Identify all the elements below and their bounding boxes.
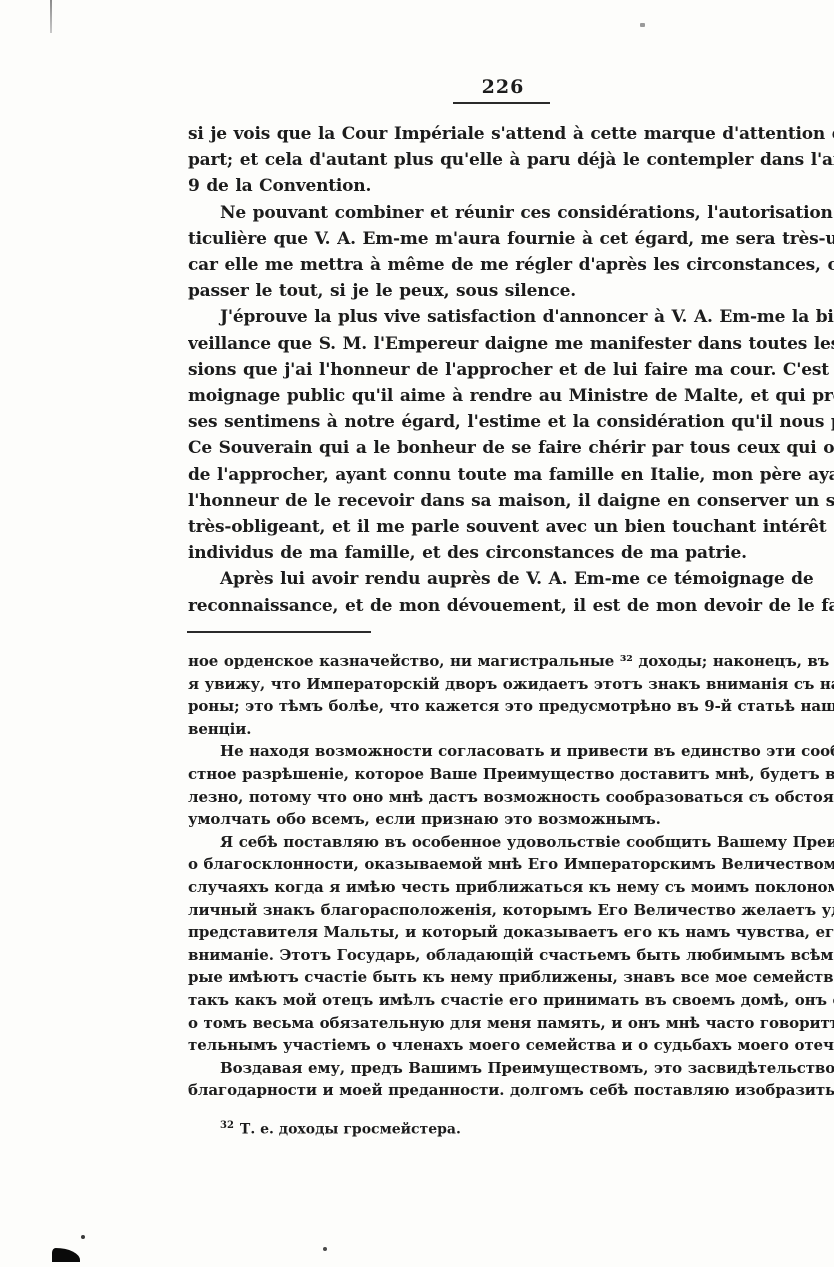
text-line: венціи. xyxy=(188,718,834,741)
text-line: Après lui avoir rendu auprès de V. A. Em… xyxy=(188,566,834,592)
text-line: ticulière que V. A. Em-me m'aura fournie… xyxy=(188,226,834,252)
footnote-marker: 32 xyxy=(220,1120,234,1131)
text-line: part; et cela d'autant plus qu'elle à pa… xyxy=(188,147,834,173)
scan-artifact-dot xyxy=(323,1247,327,1251)
text-line: вниманіе. Этотъ Государь, обладающій сча… xyxy=(188,944,834,967)
text-line: 9 de la Convention. xyxy=(188,173,834,199)
text-line: о томъ весьма обязательную для меня памя… xyxy=(188,1012,834,1035)
scan-artifact-speck xyxy=(640,23,645,27)
text-line: личный знакъ благорасположенія, которымъ… xyxy=(188,899,834,922)
text-line: moignage public qu'il aime à rendre au M… xyxy=(188,383,834,409)
text-line: si je vois que la Cour Impériale s'atten… xyxy=(188,121,834,147)
text-line: лезно, потому что оно мнѣ дастъ возможно… xyxy=(188,786,834,809)
text-line: Ne pouvant combiner et réunir ces consid… xyxy=(188,200,834,226)
french-text-block: si je vois que la Cour Impériale s'atten… xyxy=(188,121,834,627)
text-line: Воздавая ему, предъ Вашимъ Преимуществом… xyxy=(188,1057,834,1080)
text-line: ses sentimens à notre égard, l'estime et… xyxy=(188,409,834,435)
footnote-text: Т. е. доходы гросмейстера. xyxy=(240,1122,461,1138)
text-line: роны; это тѣмъ болѣе, что кажется это пр… xyxy=(188,695,834,718)
text-line: de l'approcher, ayant connu toute ma fam… xyxy=(188,462,834,488)
text-line: veillance que S. M. l'Empereur daigne me… xyxy=(188,331,834,357)
footnote-separator-rule xyxy=(187,631,371,633)
scan-artifact-dot xyxy=(81,1235,85,1239)
text-line: стное разрѣшеніе, которое Ваше Преимущес… xyxy=(188,763,834,786)
text-line: рые имѣютъ счастіе быть къ нему приближе… xyxy=(188,966,834,989)
text-line: très-obligeant, et il me parle souvent a… xyxy=(188,514,834,540)
text-line: l'honneur de le recevoir dans sa maison,… xyxy=(188,488,834,514)
text-line: individus de ma famille, et des circonst… xyxy=(188,540,834,566)
text-line: тельнымъ участіемъ о членахъ моего семей… xyxy=(188,1034,834,1057)
text-line: passer le tout, si je le peux, sous sile… xyxy=(188,278,834,304)
text-line: sions que j'ai l'honneur de l'approcher … xyxy=(188,357,834,383)
russian-text-block: ное орденское казначейство, ни магистрал… xyxy=(188,650,834,1110)
page-number-rule xyxy=(453,102,550,104)
scan-artifact-vertical-line xyxy=(50,0,52,33)
text-line: Я себѣ поставляю въ особенное удовольств… xyxy=(188,831,834,854)
text-line: Не находя возможности согласовать и прив… xyxy=(188,740,834,763)
page-number: 226 xyxy=(453,76,553,98)
text-line: случаяхъ когда я имѣю честь приближаться… xyxy=(188,876,834,899)
text-line: умолчать обо всемъ, если признаю это воз… xyxy=(188,808,834,831)
text-line: такъ какъ мой отецъ имѣлъ счастіе его пр… xyxy=(188,989,834,1012)
text-line: представителя Мальты, и который доказыва… xyxy=(188,921,834,944)
text-line: reconnaissance, et de mon dévouement, il… xyxy=(188,593,834,619)
text-line: J'éprouve la plus vive satisfaction d'an… xyxy=(188,304,834,330)
text-line: я увижу, что Императорскій дворъ ожидает… xyxy=(188,673,834,696)
text-line: Ce Souverain qui a le bonheur de se fair… xyxy=(188,435,834,461)
text-line: о благосклонности, оказываемой мнѣ Его И… xyxy=(188,853,834,876)
scanned-book-page: 226 si je vois que la Cour Impériale s'a… xyxy=(0,0,834,1267)
text-line: ное орденское казначейство, ни магистрал… xyxy=(188,650,834,673)
text-line: car elle me mettra à même de me régler d… xyxy=(188,252,834,278)
scan-artifact-ink-blot xyxy=(52,1248,80,1262)
text-line: благодарности и моей преданности. долгом… xyxy=(188,1079,834,1102)
footnote: 32Т. е. доходы гросмейстера. xyxy=(220,1120,820,1138)
